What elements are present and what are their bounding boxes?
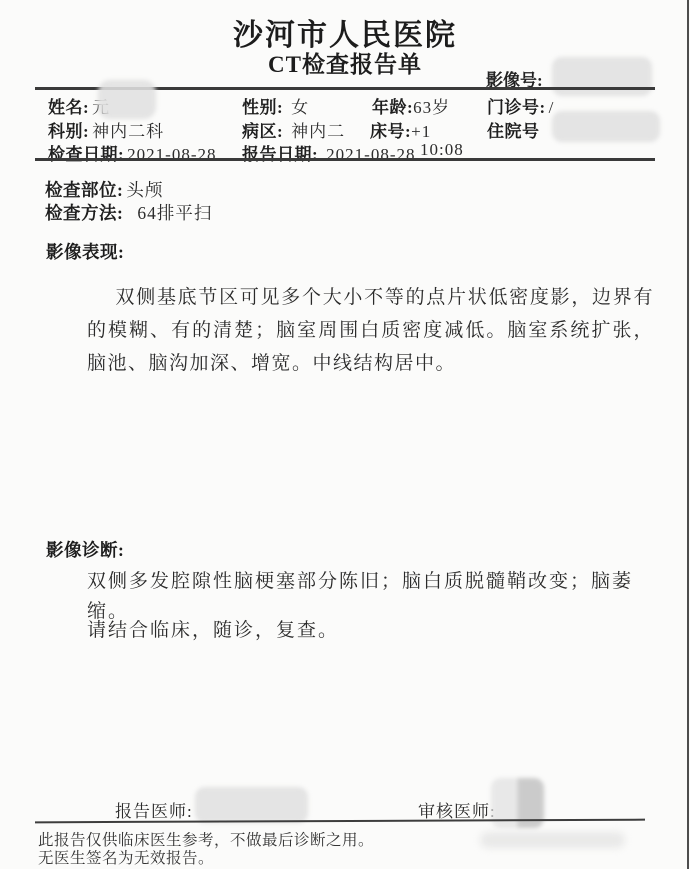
name-label: 姓名: [48,98,89,117]
diagnosis-section-label: 影像诊断: [46,537,124,562]
age-value: 63岁 [413,98,450,117]
dept-label: 科别: [48,122,89,141]
gender-value: 女 [291,98,309,117]
inpatient-no-label: 住院号 [487,122,540,141]
disclaimer-line-2: 无医生签名为无效报告。 [38,846,214,868]
name-redaction [98,80,156,119]
gender-label: 性别: [242,98,283,117]
bed-value: +1 [411,122,431,141]
diagnosis-advice-text: 请结合临床，随诊，复查。 [87,615,339,642]
report-date-field: 报告日期:2021-08-28 [242,140,416,165]
table-bottom-rule [35,158,655,161]
exam-date-field: 检查日期:2021-08-28 [48,140,217,165]
bed-field: 床号:+1 [370,117,431,142]
exam-method-field: 检查方法:64排平扫 [45,200,212,225]
ct-report-page: 沙河市人民医院 CT检查报告单 影像号: 姓名:元 性别:女 年龄:63岁 门诊… [0,0,690,869]
exam-method-value: 64排平扫 [137,203,212,223]
outpatient-no-field: 门诊号:/ [487,93,554,118]
signature-shadow-artifact [480,832,625,848]
report-doctor-signature-redaction [195,787,308,823]
exam-site-label: 检查部位: [45,180,123,200]
gender-field: 性别:女 [242,93,309,118]
report-date-label: 报告日期: [242,145,318,164]
age-label: 年龄: [372,98,413,117]
report-doctor-label: 报告医师: [115,797,193,822]
findings-text: 双侧基底节区可见多个大小不等的点片状低密度影，边界有的模糊、有的清楚；脑室周围白… [87,281,654,380]
ward-value: 神内二 [291,122,345,141]
exam-date-value: 2021-08-28 [127,145,216,164]
exam-date-label: 检查日期: [48,145,124,164]
exam-method-label: 检查方法: [45,203,123,223]
findings-section-label: 影像表现: [46,239,124,264]
dept-field: 科别:神内二科 [48,117,164,142]
report-date-value: 2021-08-28 [326,145,415,164]
inpatient-no-field: 住院号 [487,117,540,142]
outpatient-no-label: 门诊号: [487,98,546,117]
dept-value: 神内二科 [92,122,164,141]
ward-field: 病区:神内二 [242,117,345,142]
age-field: 年龄:63岁 [372,93,450,118]
report-time-field: 10:08 [420,140,464,160]
bed-label: 床号: [370,122,411,141]
image-number-redaction [552,57,652,96]
exam-site-field: 检查部位:头颅 [45,177,163,202]
exam-site-value: 头颅 [126,180,163,200]
ward-label: 病区: [242,122,283,141]
review-doctor-label: 审核医师: [418,797,496,822]
report-time-value: 10:08 [420,140,464,159]
inpatient-no-redaction [552,111,660,142]
page-scan-edge-line [687,0,689,869]
